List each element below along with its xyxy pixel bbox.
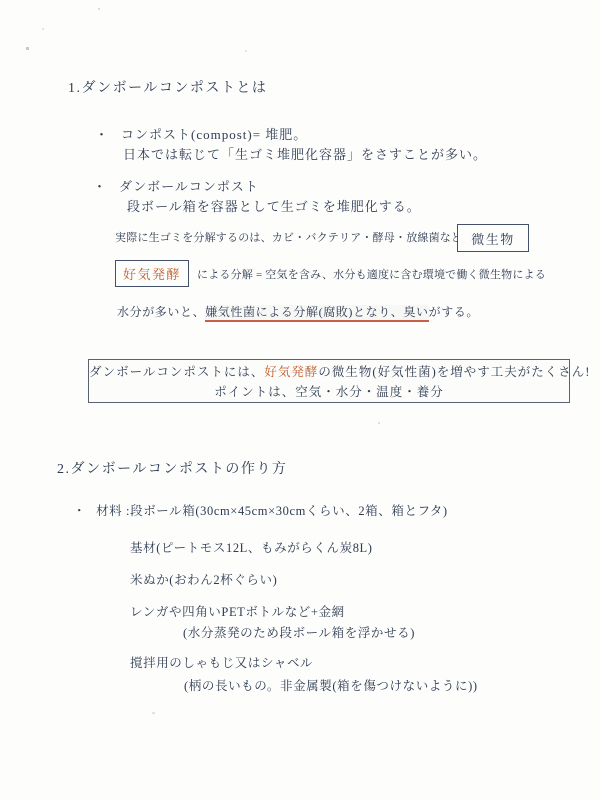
section1-heading: 1.ダンボールコンポストとは — [68, 77, 267, 97]
summary-line2: ポイントは、空気・水分・温度・養分 — [89, 382, 569, 402]
bullet-marker: ・ — [73, 504, 86, 518]
materials-item-bricks: レンガや四角いPETボトルなど+金網 — [130, 602, 345, 620]
note-aerobic-text: による分解 = 空気を含み、水分も適度に含む環境で働く微生物による — [197, 266, 546, 282]
note-anaerobic-prefix: 水分が多いと、 — [117, 305, 205, 319]
note-anaerobic-line: 水分が多いと、嫌気性菌による分解(腐敗)となり、臭いがする。 — [117, 303, 479, 320]
materials-label: 材料 : — [96, 504, 130, 518]
materials-item-ricebran: 米ぬか(おわん2杯ぐらい) — [130, 570, 277, 588]
section2-heading: 2.ダンボールコンポストの作り方 — [57, 458, 287, 478]
bullet2-text: ダンボールコンポスト — [119, 179, 259, 194]
scan-speck — [26, 47, 29, 50]
materials-item-box: 段ボール箱(30cm×45cm×30cmくらい、2箱、箱とフタ) — [130, 504, 448, 518]
bullet1-line2: 日本では転じて「生ゴミ堆肥化容器」をさすことが多い。 — [123, 144, 487, 163]
materials-line1: ・材料 :段ボール箱(30cm×45cm×30cmくらい、2箱、箱とフタ) — [73, 501, 448, 519]
microbe-box: 微生物 — [457, 224, 529, 252]
scan-speck — [98, 8, 100, 10]
summary-line1: ダンボールコンポストには、好気発酵の微生物(好気性菌)を増やす工夫がたくさん! — [89, 362, 569, 382]
bullet2-line1: ・ダンボールコンポスト — [93, 176, 259, 195]
scanned-document-page: 1.ダンボールコンポストとは ・コンポスト(compost)= 堆肥。 日本では… — [0, 0, 600, 800]
scan-speck — [245, 50, 247, 52]
materials-item-scoop-note: (柄の長いもの。非金属製(箱を傷つけないように)) — [184, 676, 478, 694]
aerobic-fermentation-box: 好気発酵 — [115, 260, 189, 287]
bullet-marker: ・ — [95, 127, 109, 142]
summary-line1-post: の微生物(好気性菌)を増やす工夫がたくさん! — [318, 365, 590, 379]
bullet1-text: コンポスト(compost)= 堆肥。 — [121, 127, 307, 142]
note-anaerobic-underlined: 嫌気性菌による分解(腐敗)となり、臭い — [205, 305, 428, 322]
summary-line1-pre: ダンボールコンポストには、 — [89, 365, 264, 379]
note-decomposers-text: 実際に生ゴミを分解するのは、カビ・バクテリア・酵母・放線菌などの — [115, 229, 473, 245]
bullet1-line1: ・コンポスト(compost)= 堆肥。 — [95, 124, 307, 143]
aerobic-fermentation-label: 好気発酵 — [123, 264, 181, 283]
scan-speck — [378, 422, 380, 424]
scan-speck — [42, 28, 44, 30]
summary-line1-accent: 好気発酵 — [264, 365, 318, 379]
bullet2-line2: 段ボール箱を容器として生ゴミを堆肥化する。 — [127, 196, 421, 215]
materials-item-bricks-note: (水分蒸発のため段ボール箱を浮かせる) — [183, 623, 415, 641]
bullet-marker: ・ — [93, 179, 107, 194]
scan-speck — [152, 712, 155, 714]
microbe-box-label: 微生物 — [471, 229, 515, 248]
materials-item-scoop: 撹拌用のしゃもじ又はシャベル — [130, 653, 313, 671]
note-anaerobic-suffix: がする。 — [429, 305, 479, 319]
summary-box: ダンボールコンポストには、好気発酵の微生物(好気性菌)を増やす工夫がたくさん! … — [88, 359, 570, 403]
materials-item-base: 基材(ピートモス12L、もみがらくん炭8L) — [130, 538, 373, 556]
